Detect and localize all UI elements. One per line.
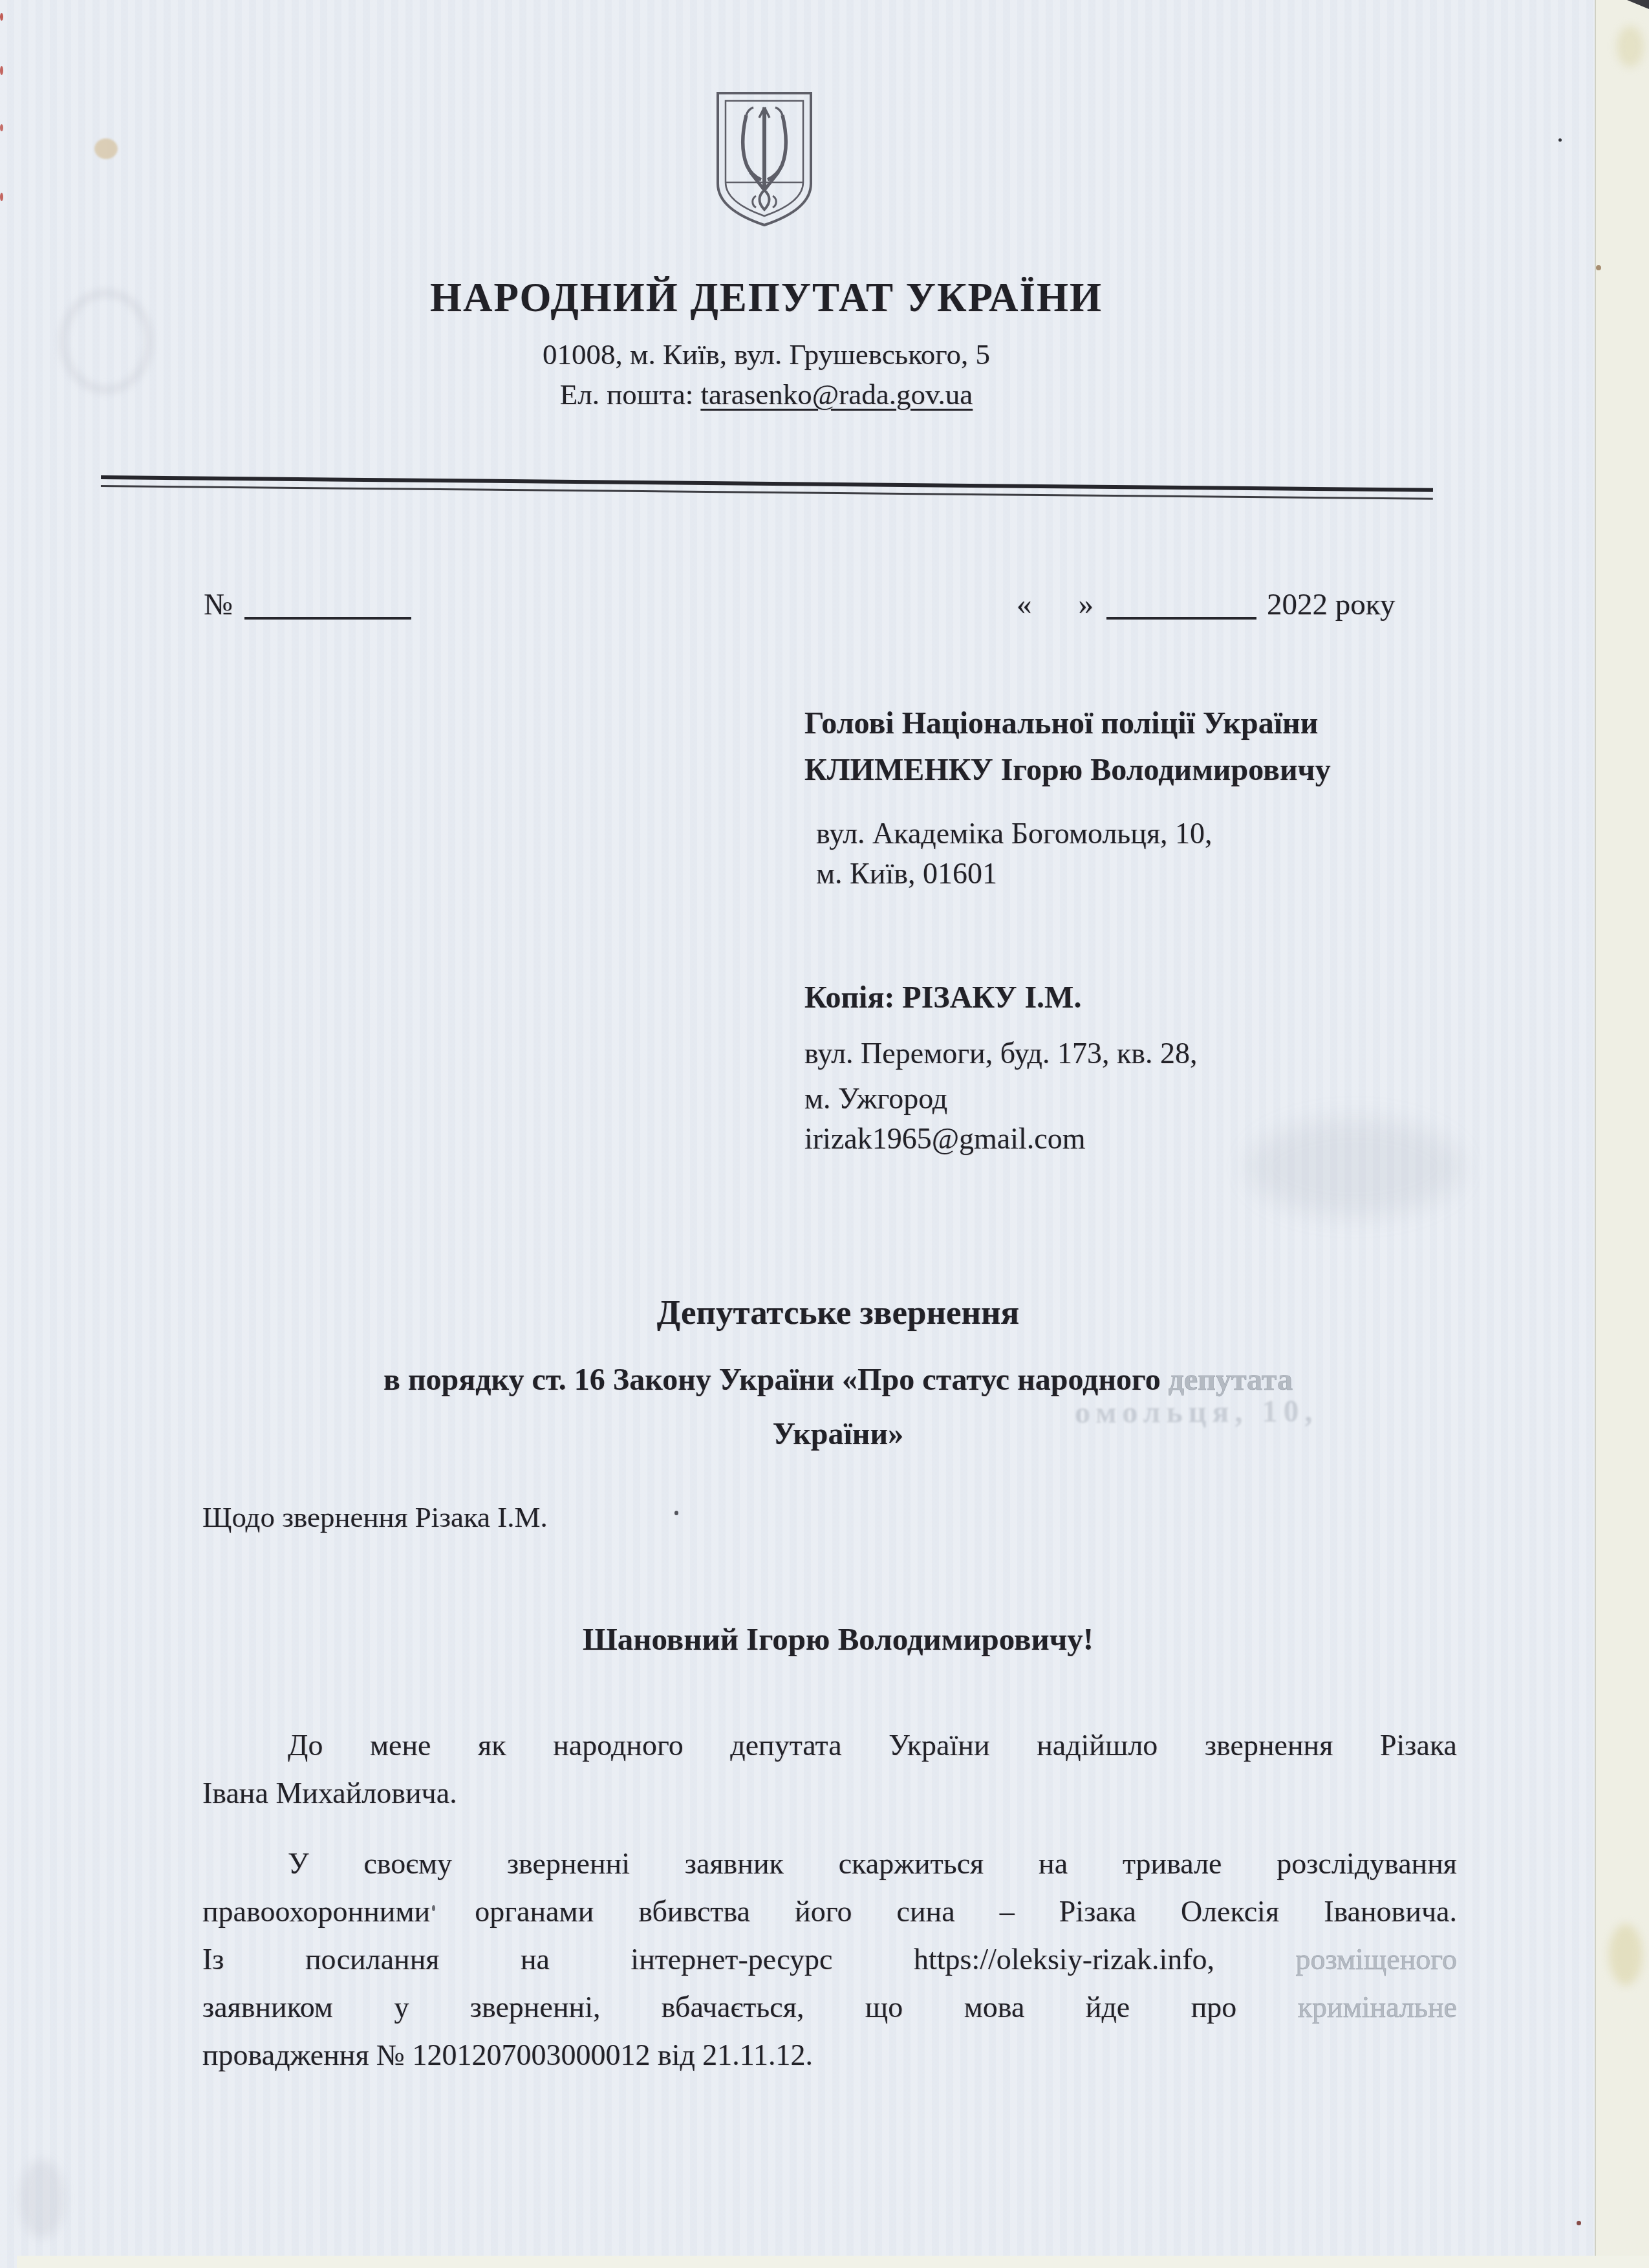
close-quote: » — [1079, 588, 1094, 621]
copy-city: м. Ужгород — [804, 1079, 1548, 1119]
paragraph-line: провадження № 1201207003000012 від 21.11… — [202, 2031, 1457, 2079]
recipient-name: КЛИМЕНКУ Ігорю Володимировичу — [804, 750, 1548, 790]
document-subtitle: в порядку ст. 16 Закону України «Про ста… — [202, 1353, 1474, 1462]
number-sign: № — [204, 588, 233, 621]
body-paragraph-2: У своєму зверненні заявник скаржиться на… — [202, 1840, 1457, 2079]
date-month-blank-line — [1106, 617, 1256, 620]
divider-line-thick — [101, 475, 1433, 492]
paragraph-line: правоохоронними органами вбивства його с… — [202, 1888, 1457, 1936]
recipient-title: Голові Національної поліції України — [804, 704, 1548, 744]
scan-artifact-red-mark — [0, 66, 3, 75]
paragraph-line: У своєму зверненні заявник скаржиться на… — [202, 1840, 1457, 1888]
scan-artifact-speck — [674, 1511, 678, 1515]
faded-word: кримінальне — [1298, 1991, 1457, 2024]
paragraph-line: Із посилання на інтернет-ресурс https://… — [202, 1936, 1457, 1983]
letterhead-address: 01008, м. Київ, вул. Грушевського, 5 — [0, 338, 1533, 371]
subject-line: Щодо звернення Різака І.М. — [202, 1500, 548, 1534]
trident-icon — [713, 87, 816, 232]
recipient-block: Голові Національної поліції України КЛИМ… — [804, 704, 1548, 894]
scan-artifact-red-mark — [0, 124, 3, 131]
copy-street: вул. Перемоги, буд. 173, кв. 28, — [804, 1033, 1548, 1074]
recipient-street: вул. Академіка Богомольця, 10, — [816, 814, 1548, 854]
copy-name: Копія: РІЗАКУ І.М. — [804, 978, 1548, 1018]
subtitle-faded-word: депутата — [1169, 1363, 1293, 1397]
subtitle-line1: в порядку ст. 16 Закону України «Про ста… — [202, 1353, 1474, 1407]
scanner-bed-bottom-strip — [17, 2256, 1649, 2268]
copy-recipient-block: Копія: РІЗАКУ І.М. вул. Перемоги, буд. 1… — [804, 978, 1548, 1159]
scanned-letter-page: НАРОДНИЙ ДЕПУТАТ УКРАЇНИ 01008, м. Київ,… — [0, 0, 1649, 2268]
scan-artifact-speck — [1577, 2221, 1581, 2225]
org-title: НАРОДНИЙ ДЕПУТАТ УКРАЇНИ — [0, 274, 1533, 321]
recipient-city: м. Київ, 01601 — [816, 854, 1548, 894]
faded-word: розміщеного — [1295, 1943, 1457, 1976]
paragraph-line: До мене як народного депутата України на… — [202, 1722, 1457, 1769]
salutation: Шановний Ігорю Володимировичу! — [202, 1621, 1474, 1658]
reference-date-line: «»2022 року — [1017, 587, 1395, 622]
scan-artifact-tan-spot — [94, 138, 118, 159]
scan-artifact-red-mark — [0, 193, 3, 201]
body-paragraph-1: До мене як народного депутата України на… — [202, 1722, 1457, 1817]
reference-number-line: № — [204, 587, 411, 622]
subtitle-line2: України» — [202, 1407, 1474, 1462]
open-quote: « — [1017, 588, 1032, 621]
paragraph-line: заявником у зверненні, вбачається, що мо… — [202, 1983, 1457, 2031]
letterhead-email-line: Ел. пошта: tarasenko@rada.gov.ua — [0, 378, 1533, 411]
paragraph-line: Івана Михайловича. — [202, 1769, 1457, 1817]
year-text: 2022 року — [1267, 588, 1395, 621]
number-blank-line — [244, 617, 411, 620]
scan-artifact-red-mark — [0, 13, 3, 21]
scan-artifact-smudge — [19, 2160, 65, 2238]
email-label: Ел. пошта: — [560, 378, 693, 411]
scan-artifact-speck — [1558, 138, 1562, 142]
letterhead-divider-rule — [101, 475, 1433, 500]
copy-email: irizak1965@gmail.com — [804, 1119, 1548, 1159]
ukraine-coat-of-arms-icon — [713, 87, 816, 232]
scan-corner-shadow — [1627, 0, 1649, 9]
letterhead-email-link[interactable]: tarasenko@rada.gov.ua — [700, 378, 973, 411]
document-title: Депутатське звернення — [202, 1293, 1474, 1332]
scanner-bed-right-strip — [1595, 0, 1649, 2268]
